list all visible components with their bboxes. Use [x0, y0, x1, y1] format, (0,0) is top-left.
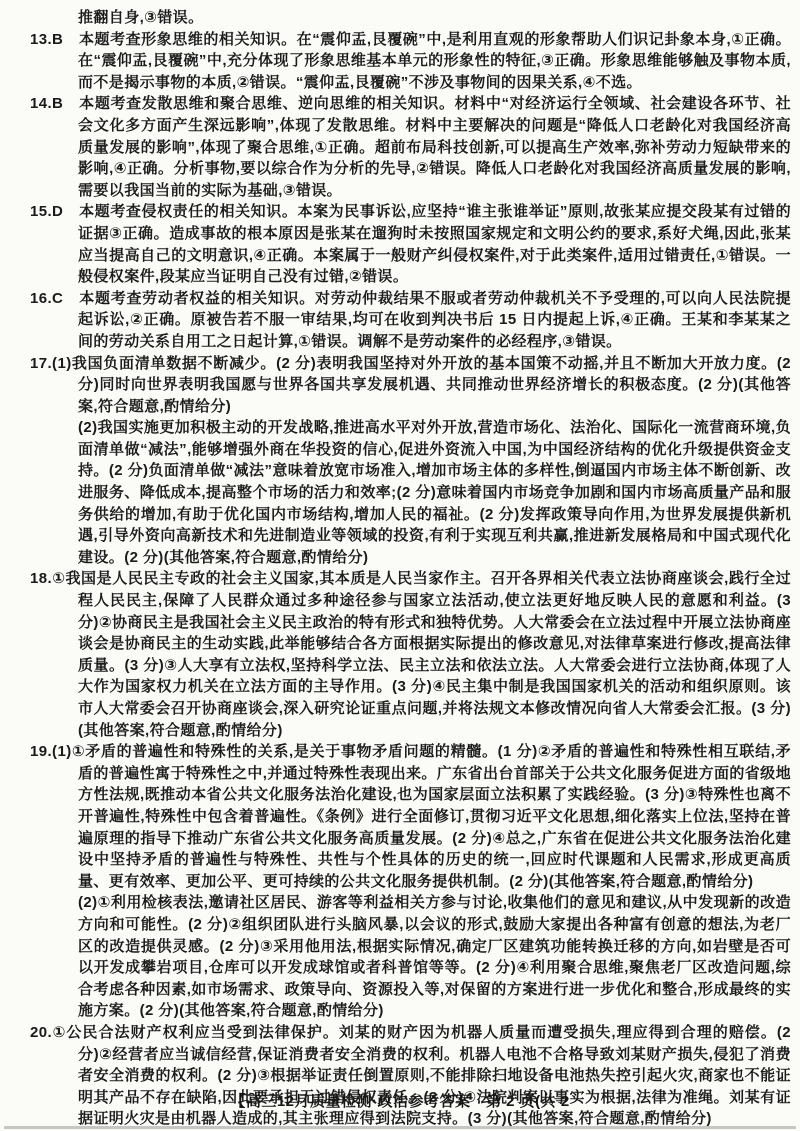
answer-paragraph-15: 15.D 本题考查侵权责任的相关知识。本案为民事诉讼,应坚持“谁主张谁举证”原则… [30, 201, 791, 287]
answer-paragraph-19-part1: 19.(1)①矛盾的普遍性和特殊性的关系,是关于事物矛盾问题的精髓。(1 分)②… [30, 741, 791, 892]
page-footer: 【高三12月质量检测·政治参考答案 第 2 页(共 2 [0, 1090, 800, 1111]
answer-paragraph-20: 20.①公民合法财产权利应当受到法律保护。刘某的财产因为机器人质量而遭受损失,理… [30, 1022, 791, 1130]
answer-key-content: 推翻自身,③错误。 13.B 本题考查形象思维的相关知识。在“震仰盂,艮覆碗”中… [0, 0, 800, 1130]
answer-paragraph-19-part2: (2)①利用检核表法,邀请社区居民、游客等利益相关方参与讨论,收集他们的意见和建… [30, 892, 791, 1022]
scan-edge-divider [4, 1126, 796, 1129]
answer-paragraph-17-part2: (2)我国实施更加积极主动的开发战略,推进高水平对外开放,营造市场化、法治化、国… [30, 417, 791, 568]
answer-paragraph-14: 14.B 本题考查发散思维和聚合思维、逆向思维的相关知识。材料中“对经济运行全领… [30, 93, 791, 201]
answer-paragraph-12-continuation: 推翻自身,③错误。 [30, 7, 791, 29]
answer-paragraph-18: 18.①我国是人民民主专政的社会主义国家,其本质是人民当家作主。召开各界相关代表… [30, 568, 791, 741]
answer-key-page: 推翻自身,③错误。 13.B 本题考查形象思维的相关知识。在“震仰盂,艮覆碗”中… [0, 0, 800, 1131]
answer-paragraph-16: 16.C 本题考查劳动者权益的相关知识。对劳动仲裁结果不服或者劳动仲裁机关不予受… [30, 288, 791, 353]
answer-paragraph-13: 13.B 本题考查形象思维的相关知识。在“震仰盂,艮覆碗”中,是利用直观的形象帮… [30, 29, 791, 94]
answer-paragraph-17-part1: 17.(1)我国负面清单数据不断减少。(2 分)表明我国坚持对外开放的基本国策不… [30, 353, 791, 418]
